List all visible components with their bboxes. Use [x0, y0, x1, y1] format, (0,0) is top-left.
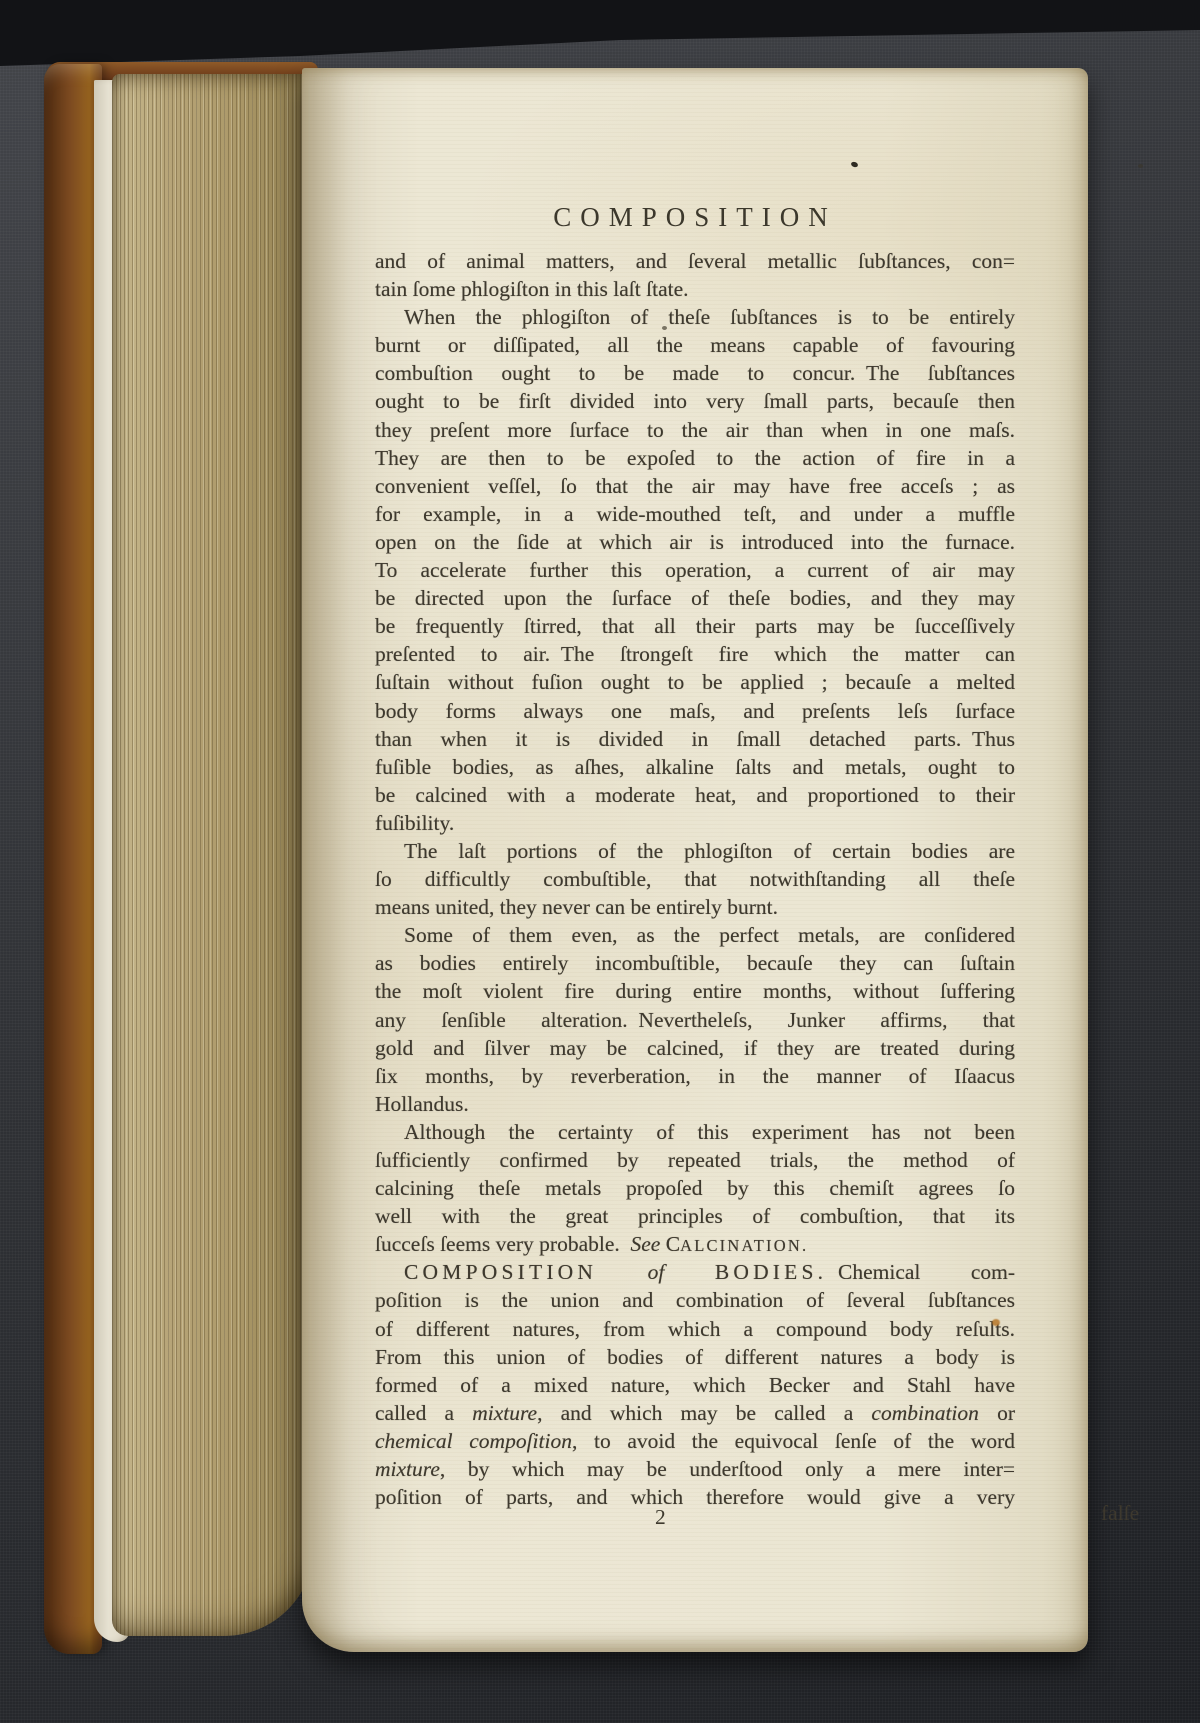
text-line: they preſent more ſurface to the air tha… [375, 416, 1015, 444]
text-line: be calcined with a moderate heat, and pr… [375, 781, 1015, 809]
photo-of-book-page: { "colors": { "backdrop": "#2b2d31", "pa… [0, 0, 1200, 1723]
text-line: and of animal matters, and ſeveral metal… [375, 247, 1015, 275]
rust-stain [992, 1319, 1000, 1326]
ink-speck [1138, 164, 1143, 168]
text-line: ought to be firſt divided into very ſmal… [375, 387, 1015, 415]
text-line: To accelerate further this operation, a … [375, 556, 1015, 584]
text-line: fuſibility. [375, 809, 1015, 837]
text-line: COMPOSITION of BODIES. Chemical com- [375, 1258, 1015, 1286]
text-line: means united, they never can be entirely… [375, 893, 1015, 921]
ink-speck [662, 326, 667, 330]
text-line: When the phlogiſton of theſe ſubſtances … [375, 303, 1015, 331]
text-line: chemical compoſition, to avoid the equiv… [375, 1427, 1015, 1455]
text-line: as bodies entirely incombuſtible, becauſ… [375, 949, 1015, 977]
text-line: open on the ſide at which air is introdu… [375, 528, 1015, 556]
text-line: gold and ſilver may be calcined, if they… [375, 1034, 1015, 1062]
text-line: than when it is divided in ſmall detache… [375, 725, 1015, 753]
text-line: ſucceſs ſeems very probable. See CALCINA… [375, 1230, 1015, 1258]
text-line: be frequently ſtirred, that all their pa… [375, 612, 1015, 640]
text-block: and of animal matters, and ſeveral metal… [375, 247, 1015, 1511]
text-line: calcining theſe metals propoſed by this … [375, 1174, 1015, 1202]
text-line: Although the certainty of this experimen… [375, 1118, 1015, 1146]
book-page: COMPOSITION and of animal matters, and ſ… [302, 68, 1088, 1652]
text-line: well with the great principles of combuſ… [375, 1202, 1015, 1230]
page-block-fore-edge [112, 74, 314, 1636]
text-line: body forms always one maſs, and preſents… [375, 697, 1015, 725]
text-line: of different natures, from which a compo… [375, 1315, 1015, 1343]
page-footer: 2 falſe [375, 1505, 1095, 1535]
text-line: burnt or diſſipated, all the means capab… [375, 331, 1015, 359]
text-line: the moſt violent fire during entire mont… [375, 977, 1015, 1005]
text-line: preſented to air. The ſtrongeſt fire whi… [375, 640, 1015, 668]
text-line: for example, in a wide-mouthed teſt, and… [375, 500, 1015, 528]
text-line: fuſible bodies, as aſhes, alkaline ſalts… [375, 753, 1015, 781]
text-line: be directed upon the ſurface of theſe bo… [375, 584, 1015, 612]
text-line: Hollandus. [375, 1090, 1015, 1118]
text-line: ſuſtain without fuſion ought to be appli… [375, 668, 1015, 696]
text-line: called a mixture, and which may be calle… [375, 1399, 1015, 1427]
text-line: Some of them even, as the perfect metals… [375, 921, 1015, 949]
signature-mark: 2 [655, 1505, 666, 1530]
text-line: The laſt portions of the phlogiſton of c… [375, 837, 1015, 865]
text-line: combuſtion ought to be made to concur. T… [375, 359, 1015, 387]
text-line: poſition is the union and combination of… [375, 1286, 1015, 1314]
text-line: ſo difficultly combuſtible, that notwith… [375, 865, 1015, 893]
running-head: COMPOSITION [375, 202, 1015, 233]
text-line: ſufficiently confirmed by repeated trial… [375, 1146, 1015, 1174]
text-line: They are then to be expoſed to the actio… [375, 444, 1015, 472]
backdrop-shadow [0, 0, 1200, 70]
text-line: convenient veſſel, ſo that the air may h… [375, 472, 1015, 500]
ink-speck [850, 161, 858, 168]
text-line: ſix months, by reverberation, in the man… [375, 1062, 1015, 1090]
text-line: tain ſome phlogiſton in this laſt ſtate. [375, 275, 1015, 303]
catchword: falſe [1101, 1501, 1139, 1526]
text-line: formed of a mixed nature, which Becker a… [375, 1371, 1015, 1399]
text-line: From this union of bodies of different n… [375, 1343, 1015, 1371]
text-line: mixture, by which may be underſtood only… [375, 1455, 1015, 1483]
text-line: any ſenſible alteration. Nevertheleſs, J… [375, 1006, 1015, 1034]
